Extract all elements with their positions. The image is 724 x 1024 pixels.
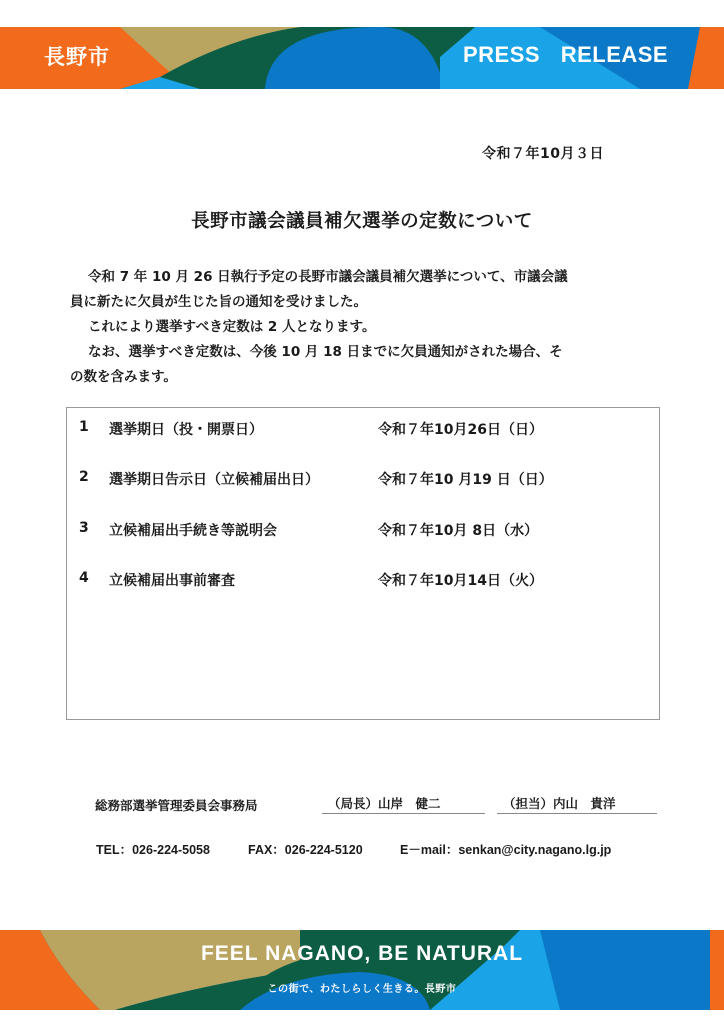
fax-number: FAX：026-224-5120 [248, 840, 363, 858]
footer-subtitle: この街で、わたしらしく生きる。長野市 [0, 980, 724, 995]
row-label: 選挙期日（投・開票日） [109, 419, 263, 439]
row-number: 2 [79, 469, 89, 485]
email-link[interactable]: E－mail：senkan@city.nagano.lg.jp [400, 840, 611, 858]
row-date: 令和７年10月26日（日） [378, 419, 543, 439]
footer-banner: FEEL NAGANO, BE NATURAL この街で、わたしらしく生きる。長… [0, 930, 724, 1010]
staff-signature: （担当）内山 貴洋 [497, 794, 657, 814]
schedule-row: 4 立候補届出事前審査 令和７年10月14日（火） [67, 570, 659, 594]
paragraph-line: 令和 7 年 10 月 26 日執行予定の長野市議会議員補欠選挙について、市議会… [70, 265, 670, 290]
director-signature: （局長）山岸 健二 [322, 794, 485, 814]
row-date: 令和７年10月14日（火） [378, 570, 543, 590]
row-label: 立候補届出事前審査 [109, 570, 235, 590]
row-date: 令和７年10 月19 日（日） [378, 469, 553, 489]
city-logo: 長野市 [44, 41, 110, 71]
row-number: 4 [79, 570, 89, 586]
row-label: 立候補届出手続き等説明会 [109, 520, 277, 540]
footer-slogan: FEEL NAGANO, BE NATURAL [0, 942, 724, 966]
schedule-row: 3 立候補届出手続き等説明会 令和７年10月 8日（水） [67, 520, 659, 544]
paragraph-line: なお、選挙すべき定数は、今後 10 月 18 日までに欠員通知がされた場合、そ [70, 340, 670, 365]
schedule-row: 2 選挙期日告示日（立候補届出日） 令和７年10 月19 日（日） [67, 469, 659, 493]
schedule-box: 1 選挙期日（投・開票日） 令和７年10月26日（日） 2 選挙期日告示日（立候… [66, 407, 660, 720]
paragraph-line: 員に新たに欠員が生じた旨の通知を受けました。 [70, 290, 670, 315]
header-banner: 長野市 PRESS RELEASE [0, 27, 724, 89]
row-number: 1 [79, 419, 89, 435]
document-body: 令和 7 年 10 月 26 日執行予定の長野市議会議員補欠選挙について、市議会… [70, 265, 670, 390]
row-label: 選挙期日告示日（立候補届出日） [109, 469, 319, 489]
office-name: 総務部選挙管理委員会事務局 [95, 796, 258, 814]
document-title: 長野市議会議員補欠選挙の定数について [0, 207, 724, 233]
issue-date: 令和７年10月３日 [482, 143, 604, 163]
paragraph-line: これにより選挙すべき定数は 2 人となります。 [70, 315, 670, 340]
schedule-row: 1 選挙期日（投・開票日） 令和７年10月26日（日） [67, 419, 659, 443]
row-number: 3 [79, 520, 89, 536]
press-release-label: PRESS RELEASE [463, 42, 668, 68]
paragraph-line: の数を含みます。 [70, 365, 670, 390]
row-date: 令和７年10月 8日（水） [378, 520, 538, 540]
tel-number: TEL：026-224-5058 [96, 840, 210, 858]
